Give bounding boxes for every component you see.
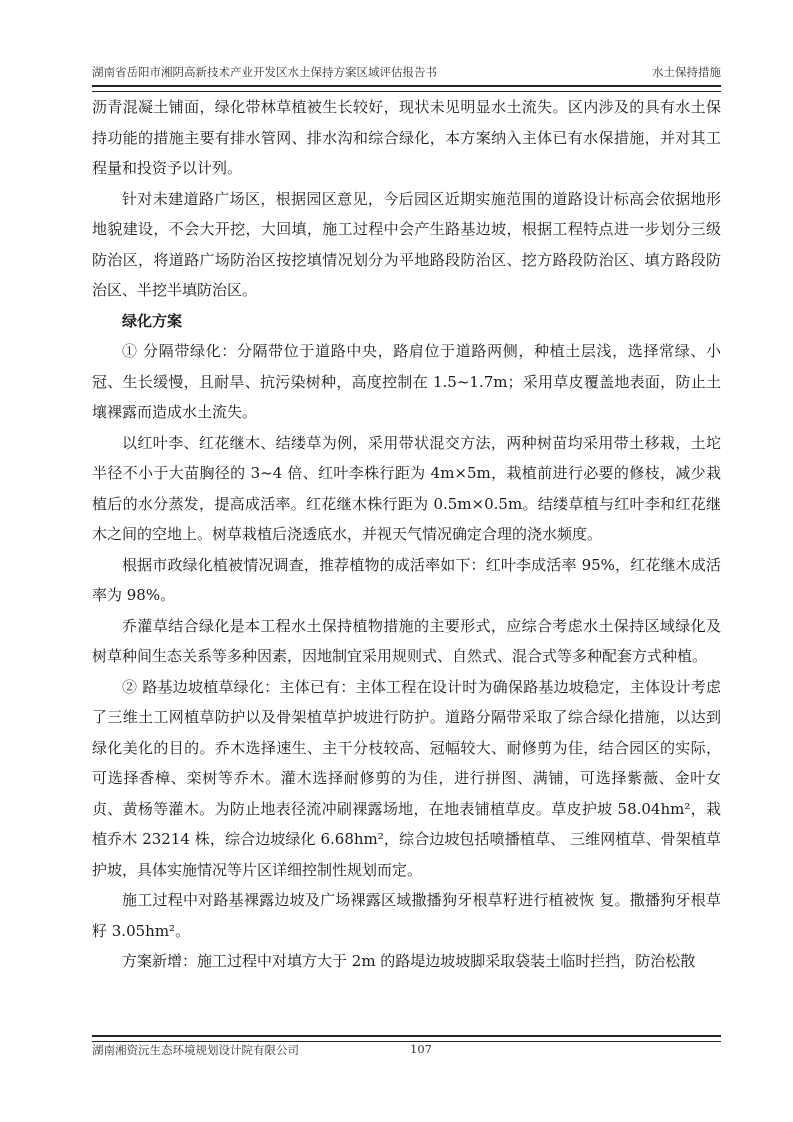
paragraph-seeding: 施工过程中对路基裸露边坡及广场裸露区域撒播狗牙根草籽进行植被恢 复。撒播狗牙根草… [92, 885, 721, 946]
header-section-title: 水土保持措施 [652, 64, 721, 80]
paragraph-road-plaza: 针对未建道路广场区，根据园区意见，今后园区近期实施范围的道路设计标高会依据地形地… [92, 184, 721, 306]
paragraph-slope-greening: ② 路基边坡植草绿化：主体已有：主体工程在设计时为确保路基边坡稳定，主体设计考虑… [92, 672, 721, 886]
paragraph-planting-example: 以红叶李、红花继木、结缕草为例，采用带状混交方法，两种树苗均采用带土移栽，土坨半… [92, 428, 721, 550]
page-body: 沥青混凝土铺面，绿化带林草植被生长较好，现状未见明显水土流失。区内涉及的具有水土… [92, 92, 721, 977]
paragraph-divider-greening: ① 分隔带绿化：分隔带位于道路中央，路肩位于道路两侧，种植土层浅，选择常绿、小冠… [92, 336, 721, 428]
page-header: 湖南省岳阳市湘阴高新技术产业开发区水土保持方案区域评估报告书 水土保持措施 [92, 64, 721, 82]
paragraph-survival-rate: 根据市政绿化植被情况调查，推荐植物的成活率如下：红叶李成活率 95%，红花继木成… [92, 550, 721, 611]
page-number: 107 [410, 1042, 432, 1056]
footer-company: 湖南湘资沅生态环境规划设计院有限公司 [92, 1042, 299, 1058]
header-rule [92, 85, 721, 92]
paragraph-continued: 沥青混凝土铺面，绿化带林草植被生长较好，现状未见明显水土流失。区内涉及的具有水土… [92, 92, 721, 184]
section-heading-greening-plan: 绿化方案 [92, 306, 721, 337]
paragraph-new-measures: 方案新增：施工过程中对填方大于 2m 的路堤边坡坡脚采取袋装土临时拦挡，防治松散 [92, 946, 721, 977]
paragraph-tree-shrub-grass: 乔灌草结合绿化是本工程水土保持植物措施的主要形式，应综合考虑水土保持区域绿化及树… [92, 611, 721, 672]
footer-rule [92, 1035, 721, 1042]
header-document-title: 湖南省岳阳市湘阴高新技术产业开发区水土保持方案区域评估报告书 [92, 64, 437, 80]
